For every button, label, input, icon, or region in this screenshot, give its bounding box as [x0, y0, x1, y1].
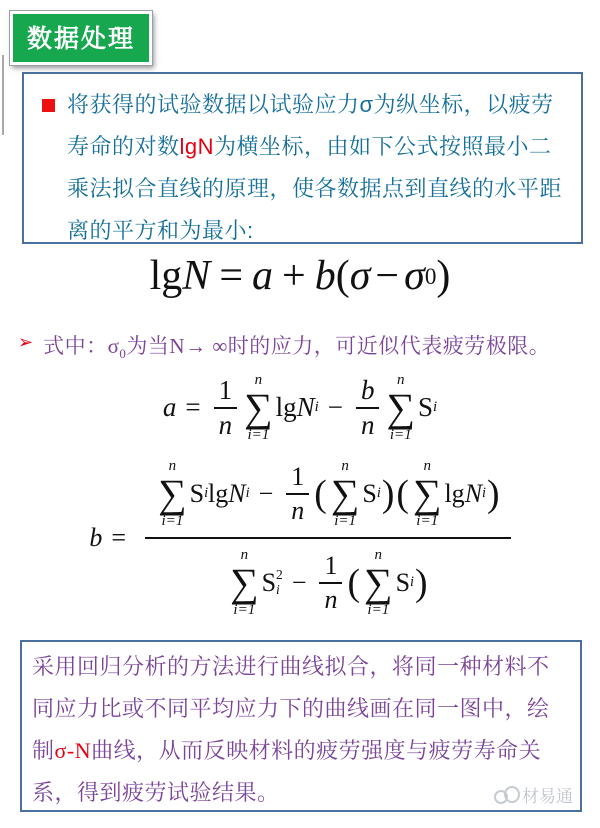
- close-paren: ): [382, 472, 395, 516]
- close-paren: ): [487, 472, 500, 516]
- note-text: 式中：σ0为当N→ ∞时的应力，可近似代表疲劳极限。: [43, 330, 550, 362]
- open-paren: (: [396, 472, 409, 516]
- math-S: S: [262, 568, 276, 598]
- big-fraction-denominator: n∑i=1 S2i − 1n ( n∑i=1 Si ): [227, 539, 429, 618]
- frac-num: 1: [214, 376, 238, 408]
- sum-lower: i=1: [367, 602, 389, 619]
- fraction-1-over-n: 1n: [319, 552, 342, 613]
- math-S-sub: i: [433, 399, 437, 416]
- sum-lower: i=1: [390, 427, 412, 444]
- conclusion-box: 采用回归分析的方法进行曲线拟合，将同一种材料不同应力比或不同平均应力下的曲线画在…: [20, 640, 582, 812]
- math-N: N: [182, 252, 210, 300]
- sum-lower: i=1: [334, 513, 356, 530]
- math-S-supsub: 2i: [276, 568, 283, 598]
- frac-den: n: [291, 495, 304, 524]
- formula-b: b = n∑i=1 SilgNi − 1n ( n∑i=1 Si ) ( n∑i…: [0, 458, 600, 618]
- intro-box: 将获得的试验数据以试验应力σ为纵坐标，以疲劳寿命的对数lgN为横坐标，由如下公式…: [22, 72, 583, 244]
- intro-text-highlight: lgN: [180, 134, 215, 159]
- conclusion-text-post: 曲线，从而反映材料的疲劳强度与疲劳寿命关系，得到疲劳试验结果。: [32, 738, 541, 805]
- sigma-icon: ∑: [244, 389, 273, 427]
- open-paren: (: [347, 561, 360, 605]
- math-lg: lg: [208, 479, 228, 509]
- math-N: N: [465, 479, 482, 509]
- math-N-sub: i: [315, 399, 319, 416]
- summation: n∑i=1: [413, 458, 442, 529]
- sigma-icon: ∑: [230, 564, 259, 602]
- sigma-icon: ∑: [331, 475, 360, 513]
- math-open-paren: (: [336, 252, 350, 300]
- math-N-sub: i: [482, 485, 486, 502]
- conclusion-paragraph: 采用回归分析的方法进行曲线拟合，将同一种材料不同应力比或不同平均应力下的曲线画在…: [32, 646, 568, 814]
- summation: n∑i=1: [331, 458, 360, 529]
- note-text-post: 为当N→ ∞时的应力，可近似代表疲劳极限。: [126, 334, 550, 358]
- summation: n∑i=1: [158, 458, 187, 529]
- formula-a-row: a = 1n n∑i=1 lgNi − bn n∑i=1 Si: [163, 372, 437, 443]
- math-sigma0: σ: [404, 252, 425, 300]
- note-text-pre: 式中：σ: [43, 334, 119, 358]
- math-minus: −: [259, 479, 274, 509]
- open-paren: (: [314, 472, 327, 516]
- math-S: S: [362, 479, 376, 509]
- math-plus: +: [282, 252, 306, 300]
- math-a-lhs: a: [163, 392, 177, 423]
- sum-lower: i=1: [247, 427, 269, 444]
- fraction-1-over-n: 1n: [214, 376, 238, 439]
- formula-b-row: b = n∑i=1 SilgNi − 1n ( n∑i=1 Si ) ( n∑i…: [89, 458, 510, 618]
- math-equals: =: [219, 252, 243, 300]
- math-close-paren: ): [436, 252, 450, 300]
- sum-lower: i=1: [233, 602, 255, 619]
- watermark-logo-icon: [494, 786, 518, 804]
- section-badge: 数据处理: [10, 11, 152, 65]
- square-bullet-icon: [42, 99, 55, 112]
- close-paren: ): [415, 561, 428, 605]
- math-S: S: [418, 392, 433, 423]
- math-minus: −: [292, 568, 307, 598]
- formula-lgn-row: lgN = a + b(σ − σ0): [150, 252, 451, 300]
- math-S-sub: i: [276, 583, 280, 598]
- math-lg: lg: [150, 252, 183, 300]
- math-a: a: [252, 252, 273, 300]
- arrow-bullet-icon: ➢: [18, 332, 33, 353]
- math-sigma0-sub: 0: [425, 263, 437, 290]
- frac-num: 1: [286, 463, 309, 494]
- math-a-minus: −: [328, 392, 343, 423]
- summation: n∑i=1: [364, 547, 393, 618]
- note-line: ➢ 式中：σ0为当N→ ∞时的应力，可近似代表疲劳极限。: [14, 330, 594, 362]
- math-minus: −: [375, 252, 399, 300]
- math-sigma: σ: [350, 252, 371, 300]
- math-N-sub: i: [246, 485, 250, 502]
- section-badge-label: 数据处理: [27, 25, 135, 53]
- watermark: 材易通: [494, 782, 573, 807]
- sigma-icon: ∑: [158, 475, 187, 513]
- frac-num: b: [356, 376, 380, 408]
- left-edge-line: [2, 55, 4, 135]
- summation: n∑i=1: [244, 372, 273, 443]
- big-fraction-numerator: n∑i=1 SilgNi − 1n ( n∑i=1 Si ) ( n∑i=1 l…: [145, 458, 511, 539]
- frac-den: n: [324, 584, 337, 613]
- formula-a: a = 1n n∑i=1 lgNi − bn n∑i=1 Si: [0, 372, 600, 443]
- conclusion-text-highlight: σ-N: [55, 738, 92, 763]
- big-fraction: n∑i=1 SilgNi − 1n ( n∑i=1 Si ) ( n∑i=1 l…: [145, 458, 511, 618]
- intro-paragraph: 将获得的试验数据以试验应力σ为纵坐标，以疲劳寿命的对数lgN为横坐标，由如下公式…: [67, 84, 569, 238]
- watermark-label: 材易通: [522, 782, 573, 807]
- math-lg: lg: [276, 392, 297, 423]
- math-b-lhs: b: [89, 523, 102, 553]
- frac-den: n: [219, 409, 233, 439]
- summation: n∑i=1: [386, 372, 415, 443]
- fraction-b-over-n: bn: [356, 376, 380, 439]
- formula-lgn: lgN = a + b(σ − σ0): [0, 252, 600, 300]
- math-N: N: [297, 392, 315, 423]
- sum-lower: i=1: [416, 513, 438, 530]
- math-S-sub: i: [410, 574, 414, 591]
- summation: n∑i=1: [230, 547, 259, 618]
- sum-lower: i=1: [161, 513, 183, 530]
- frac-num: 1: [319, 552, 342, 583]
- math-S: S: [190, 479, 204, 509]
- sigma-icon: ∑: [364, 564, 393, 602]
- frac-den: n: [361, 409, 375, 439]
- fraction-1-over-n: 1n: [286, 463, 309, 524]
- math-S-sub: i: [377, 485, 381, 502]
- sigma-icon: ∑: [413, 475, 442, 513]
- math-lg: lg: [444, 479, 464, 509]
- math-a-equals: =: [185, 392, 200, 423]
- math-b-equals: =: [111, 523, 126, 553]
- math-b: b: [315, 252, 336, 300]
- math-S: S: [396, 568, 410, 598]
- math-N: N: [228, 479, 245, 509]
- math-S-sup: 2: [276, 568, 283, 583]
- sigma-icon: ∑: [386, 389, 415, 427]
